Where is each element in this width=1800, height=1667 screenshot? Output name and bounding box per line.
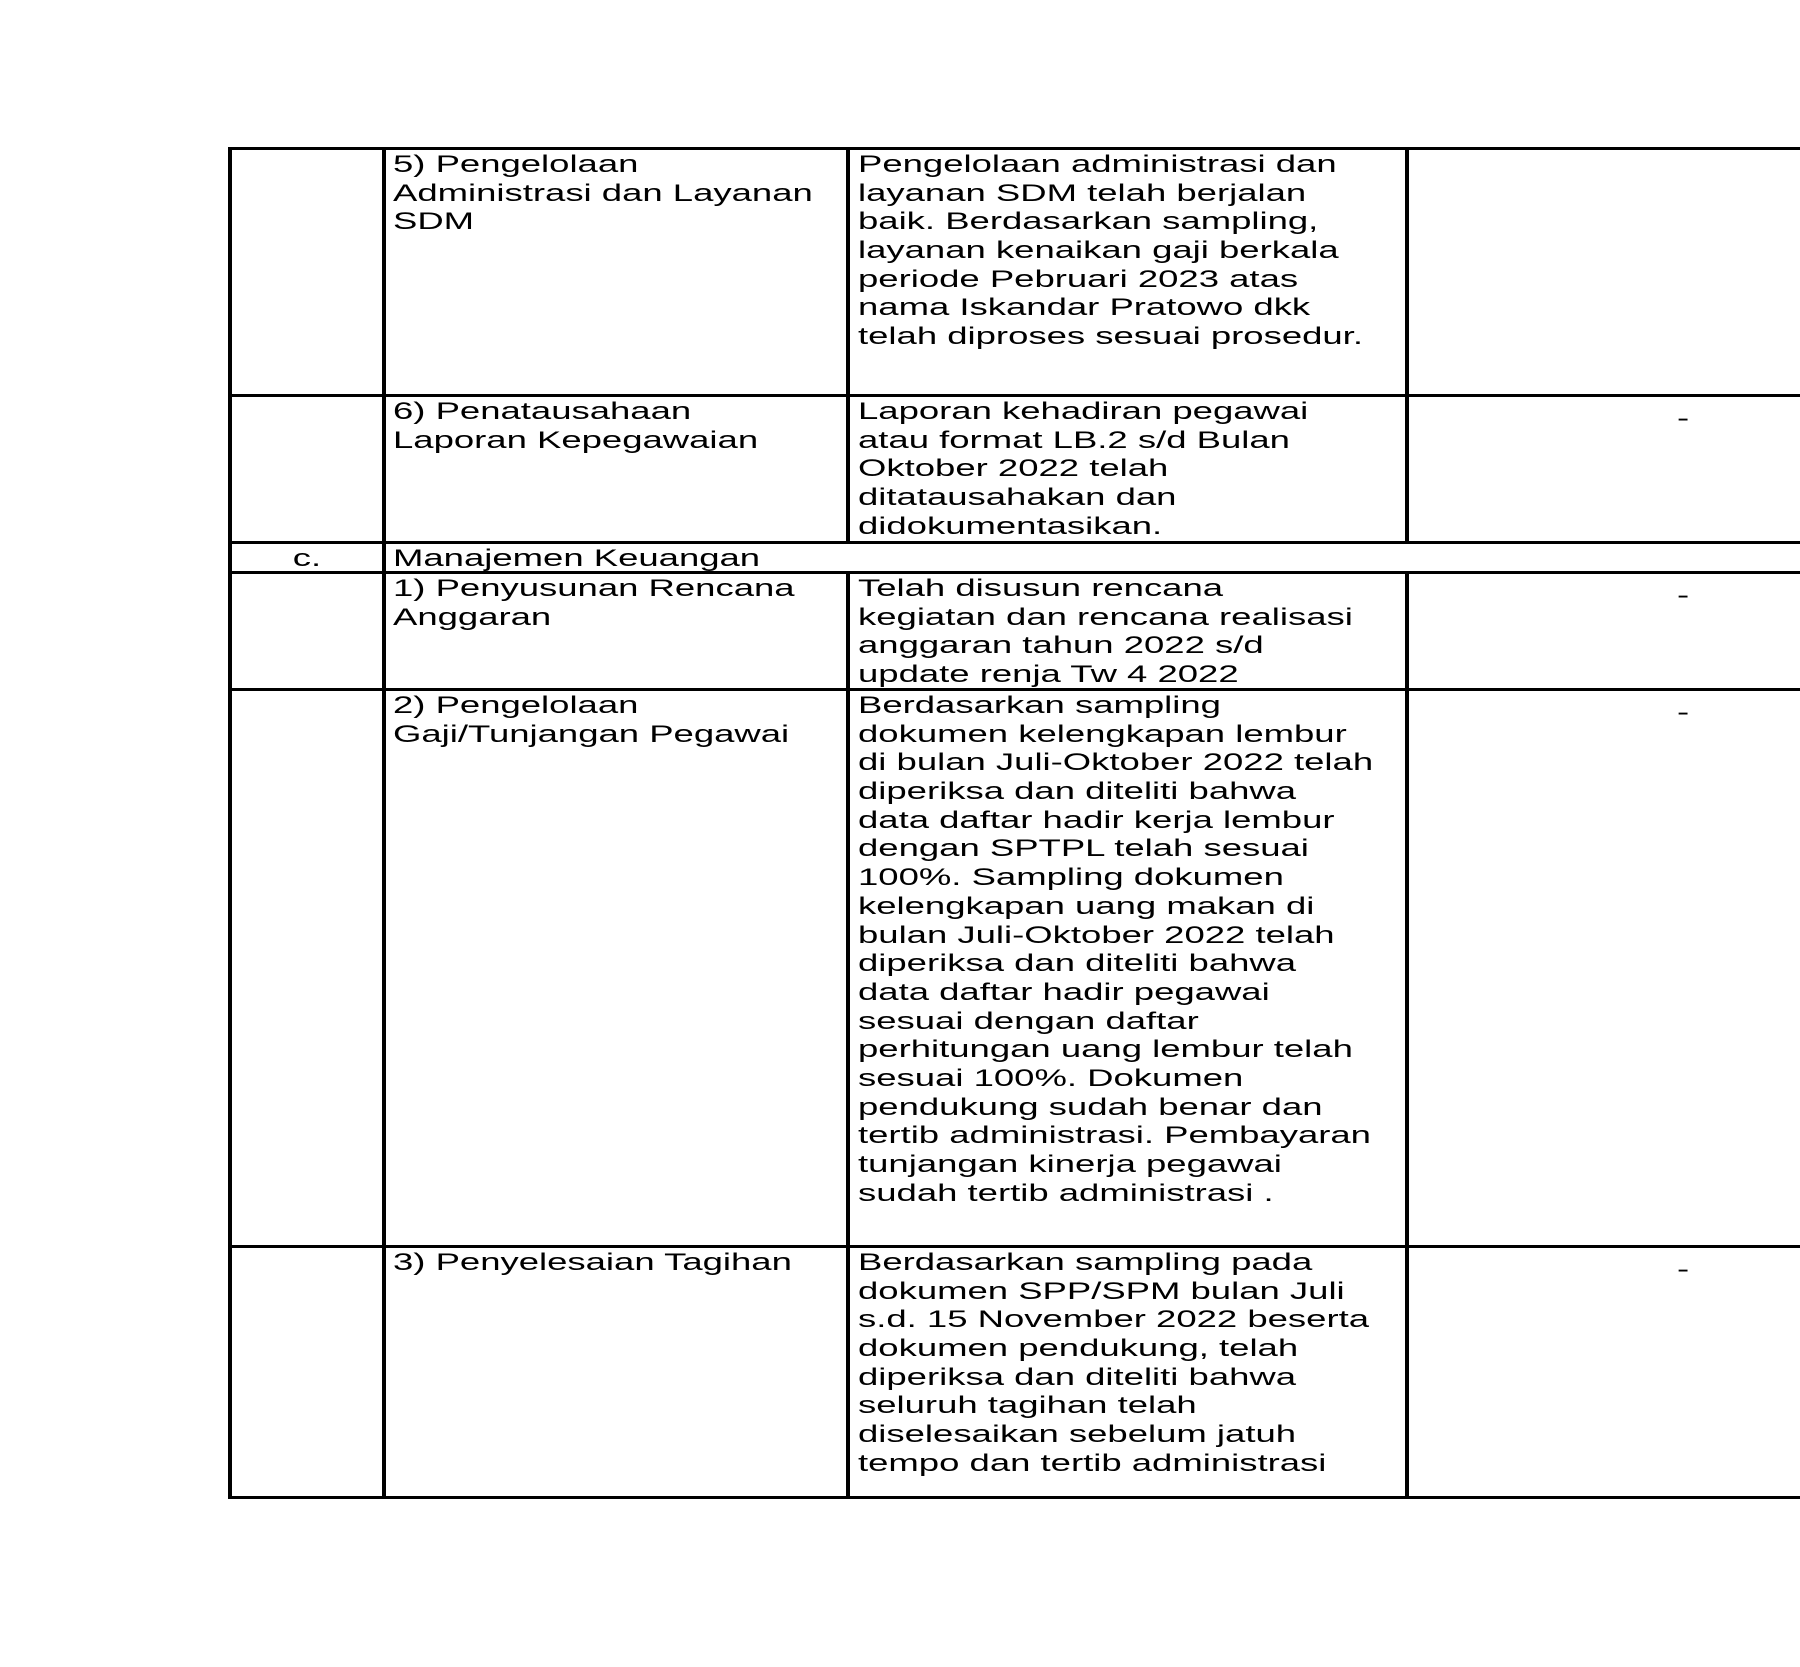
text-line: di bulan Juli-Oktober 2022 telah (858, 749, 1373, 778)
text-line: 6) Penatausahaan (393, 398, 758, 427)
text-line: diperiksa dan diteliti bahwa (858, 950, 1373, 979)
text-line: update renja Tw 4 2022 (858, 661, 1353, 690)
text-line: kelengkapan uang makan di (858, 893, 1373, 922)
cell-text: 3) Penyelesaian Tagihan (393, 1249, 655, 1278)
table-column-border (846, 147, 850, 397)
text-line: Manajemen Keuangan (393, 545, 760, 574)
row-number-cell (230, 575, 384, 692)
audit-findings-table: 5) PengelolaanAdministrasi dan LayananSD… (0, 0, 1800, 1667)
section-letter: c. (190, 545, 424, 574)
text-line: 3) Penyelesaian Tagihan (393, 1249, 792, 1278)
text-line: layanan SDM telah berjalan (858, 180, 1363, 209)
cell-text: Telah disusun rencanakegiatan dan rencan… (858, 575, 1184, 690)
text-line: nama Iskandar Pratowo dkk (858, 294, 1363, 323)
dash-placeholder: - (1677, 582, 1689, 610)
text-line: data daftar hadir pegawai (858, 979, 1373, 1008)
text-line: pendukung sudah benar dan (858, 1094, 1373, 1123)
text-line: kegiatan dan rencana realisasi (858, 604, 1353, 633)
text-line: Pengelolaan administrasi dan (858, 151, 1363, 180)
text-line: data daftar hadir kerja lembur (858, 807, 1373, 836)
text-line: tempo dan tertib administrasi (858, 1450, 1369, 1479)
text-line: diselesaikan sebelum jatuh (858, 1421, 1369, 1450)
text-line: Anggaran (393, 604, 795, 633)
text-line: Laporan Kepegawaian (393, 427, 758, 456)
text-line: didokumentasikan. (858, 513, 1308, 542)
text-line: seluruh tagihan telah (858, 1392, 1369, 1421)
text-line: Laporan kehadiran pegawai (858, 398, 1308, 427)
text-line: Administrasi dan Layanan (393, 180, 813, 209)
text-line: 100%. Sampling dokumen (858, 864, 1373, 893)
dash-placeholder: - (1677, 405, 1689, 433)
row-number-cell (230, 398, 384, 545)
row-number: c. (230, 545, 384, 574)
text-line: anggaran tahun 2022 s/d (858, 632, 1353, 661)
text-line: sesuai 100%. Dokumen (858, 1065, 1373, 1094)
table-column-border (846, 688, 850, 1248)
recommendation-cell: - (1407, 689, 1800, 1246)
text-line: sudah tertib administrasi . (858, 1180, 1373, 1209)
text-line: atau format LB.2 s/d Bulan (858, 427, 1308, 456)
text-line: ditatausahakan dan (858, 484, 1308, 513)
cell-text: 1) Penyusunan RencanaAnggaran (393, 575, 657, 632)
text-line: 2) Pengelolaan (393, 692, 789, 721)
text-line: dengan SPTPL telah sesuai (858, 835, 1373, 864)
cell-text: 6) PenatausahaanLaporan Kepegawaian (393, 398, 633, 455)
text-line: Gaji/Tunjangan Pegawai (393, 721, 789, 750)
text-line: tertib administrasi. Pembayaran (858, 1122, 1373, 1151)
row-number-cell (230, 1249, 384, 1500)
table-column-border (846, 571, 850, 691)
dash-placeholder: - (1677, 1256, 1689, 1284)
text-line: dokumen SPP/SPM bulan Juli (858, 1278, 1369, 1307)
row-number-cell: c. (230, 545, 384, 575)
text-line: Oktober 2022 telah (858, 455, 1308, 484)
cell-text: 2) PengelolaanGaji/Tunjangan Pegawai (393, 692, 654, 749)
recommendation-cell (1407, 148, 1800, 395)
table-column-border (846, 1245, 850, 1499)
row-number-cell (230, 692, 384, 1249)
text-line: telah diproses sesuai prosedur. (858, 323, 1363, 352)
recommendation-cell: - (1407, 572, 1800, 689)
text-line: dokumen pendukung, telah (858, 1335, 1369, 1364)
text-line: sesuai dengan daftar (858, 1008, 1373, 1037)
cell-text: Berdasarkan sampling padadokumen SPP/SPM… (858, 1249, 1194, 1479)
text-line: layanan kenaikan gaji berkala (858, 237, 1363, 266)
text-line: SDM (393, 208, 813, 237)
cell-text: Manajemen Keuangan (393, 545, 635, 574)
text-line: bulan Juli-Oktober 2022 telah (858, 922, 1373, 951)
text-line: diperiksa dan diteliti bahwa (858, 1364, 1369, 1393)
text-line: 1) Penyusunan Rencana (393, 575, 795, 604)
text-line: perhitungan uang lembur telah (858, 1036, 1373, 1065)
recommendation-cell: - (1407, 395, 1800, 542)
table-column-border (846, 394, 850, 544)
text-line: Berdasarkan sampling pada (858, 1249, 1369, 1278)
cell-text: Berdasarkan samplingdokumen kelengkapan … (858, 692, 1197, 1208)
cell-text: Pengelolaan administrasi danlayanan SDM … (858, 151, 1190, 352)
text-line: dokumen kelengkapan lembur (858, 721, 1373, 750)
row-number-cell (230, 151, 384, 398)
text-line: Telah disusun rencana (858, 575, 1353, 604)
text-line: s.d. 15 November 2022 beserta (858, 1306, 1369, 1335)
text-line: tunjangan kinerja pegawai (858, 1151, 1373, 1180)
text-line: 5) Pengelolaan (393, 151, 813, 180)
text-line: baik. Berdasarkan sampling, (858, 208, 1363, 237)
text-line: diperiksa dan diteliti bahwa (858, 778, 1373, 807)
cell-text: 5) PengelolaanAdministrasi dan LayananSD… (393, 151, 669, 237)
text-line: periode Pebruari 2023 atas (858, 266, 1363, 295)
cell-text: Laporan kehadiran pegawaiatau format LB.… (858, 398, 1154, 541)
dash-placeholder: - (1677, 699, 1689, 727)
text-line: Berdasarkan sampling (858, 692, 1373, 721)
recommendation-cell: - (1407, 1246, 1800, 1497)
